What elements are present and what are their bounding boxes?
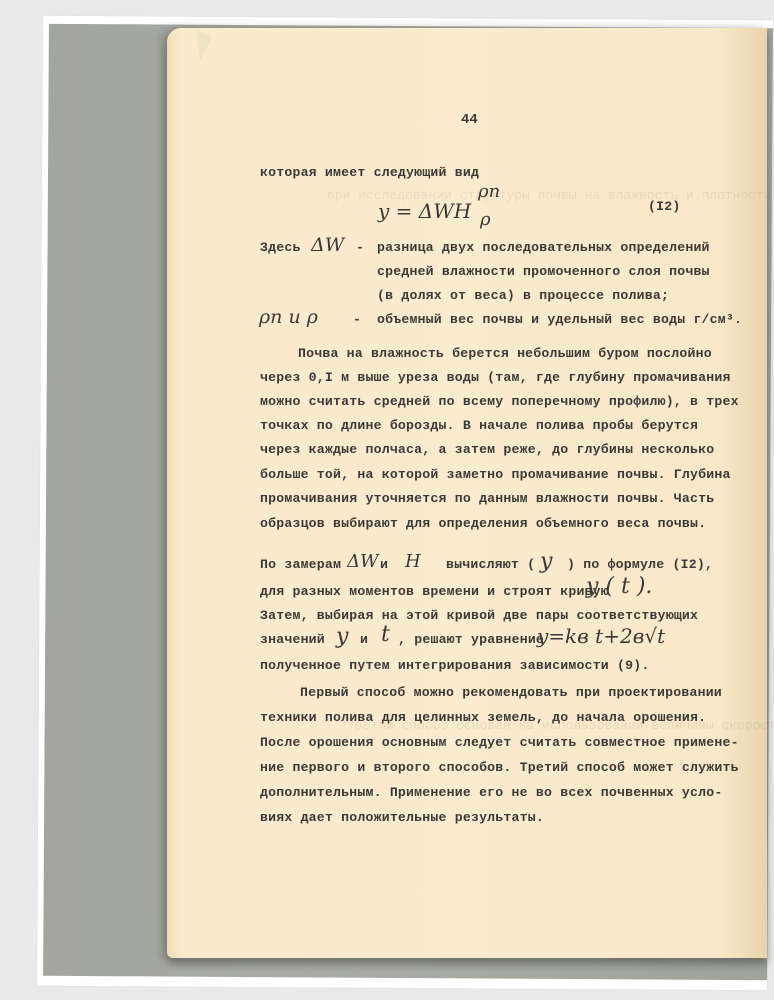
text-fragment: По замерам [260, 557, 341, 572]
text-line: Затем, выбирая на этой кривой две пары с… [260, 608, 698, 623]
text-line: ние первого и второго способов. Третий с… [260, 760, 739, 775]
definition-line: средней влажности промоченного слоя почв… [377, 264, 710, 279]
definition-line: объемный вес почвы и удельный вес воды г… [377, 312, 742, 327]
text-line: виях дает положительные результаты. [260, 810, 544, 825]
text-line: через каждые полчаса, а затем реже, до г… [260, 442, 714, 457]
text-line: промачивания уточняется по данным влажно… [260, 491, 714, 506]
y-symbol: y [540, 549, 552, 574]
text-fragment: для разных моментов времени и строят кри… [260, 584, 609, 599]
definition-line: (в долях от веса) в процессе полива; [377, 288, 669, 303]
folded-corner [184, 29, 212, 60]
intro-text: которая имеет следующий вид [260, 165, 479, 180]
delta-w-symbol: ΔW [311, 234, 344, 256]
h-symbol: H [405, 551, 421, 572]
definition-line: разница двух последовательных определени… [377, 240, 710, 255]
formula-label: (I2) [648, 199, 680, 214]
definition-dash-1: - [356, 240, 364, 255]
text-line: После орошения основным следует считать … [260, 735, 739, 750]
text-line: Почва на влажность берется небольшим бур… [298, 346, 712, 361]
page-number: 44 [461, 112, 478, 128]
text-fragment: значений [260, 632, 325, 647]
text-line: можно считать средней по всему поперечно… [260, 394, 739, 409]
text-line: полученное путем интегрирования зависимо… [260, 658, 649, 673]
where-lead: Здесь [260, 240, 301, 255]
y-of-t-symbol: y ( t ). [586, 574, 652, 599]
t-symbol: t [381, 622, 390, 647]
text-fragment: , решают уравнение [398, 632, 544, 647]
text-line: больше той, на которой заметно промачива… [260, 467, 731, 482]
text-line: образцов выбирают для определения объемн… [260, 516, 706, 531]
text-fragment: и [380, 557, 388, 572]
text-line: точках по длине борозды. В начале полива… [260, 418, 698, 433]
formula-denominator: ρ [480, 209, 491, 230]
text-line: техники полива для целинных земель, до н… [260, 710, 706, 725]
text-line: Первый способ можно рекомендовать при пр… [300, 685, 722, 700]
text-line: дополнительным. Применение его не во все… [260, 785, 723, 800]
integral-equation: y=kв t+2в√t [537, 624, 665, 648]
y-symbol: y [336, 624, 348, 649]
text-fragment: вычисляют ( [446, 557, 535, 572]
delta-w-symbol: ΔW [347, 551, 379, 572]
text-line: через 0,I м выше уреза воды (там, где гл… [260, 370, 731, 385]
definition-dash-2: - [353, 312, 361, 327]
text-fragment: ) по формуле (I2), [567, 557, 713, 572]
formula-lhs: y = ΔWH [378, 199, 471, 223]
rho-symbols: ρп и ρ [259, 306, 318, 328]
text-fragment: и [360, 632, 368, 647]
formula-numerator: ρп [478, 181, 500, 202]
